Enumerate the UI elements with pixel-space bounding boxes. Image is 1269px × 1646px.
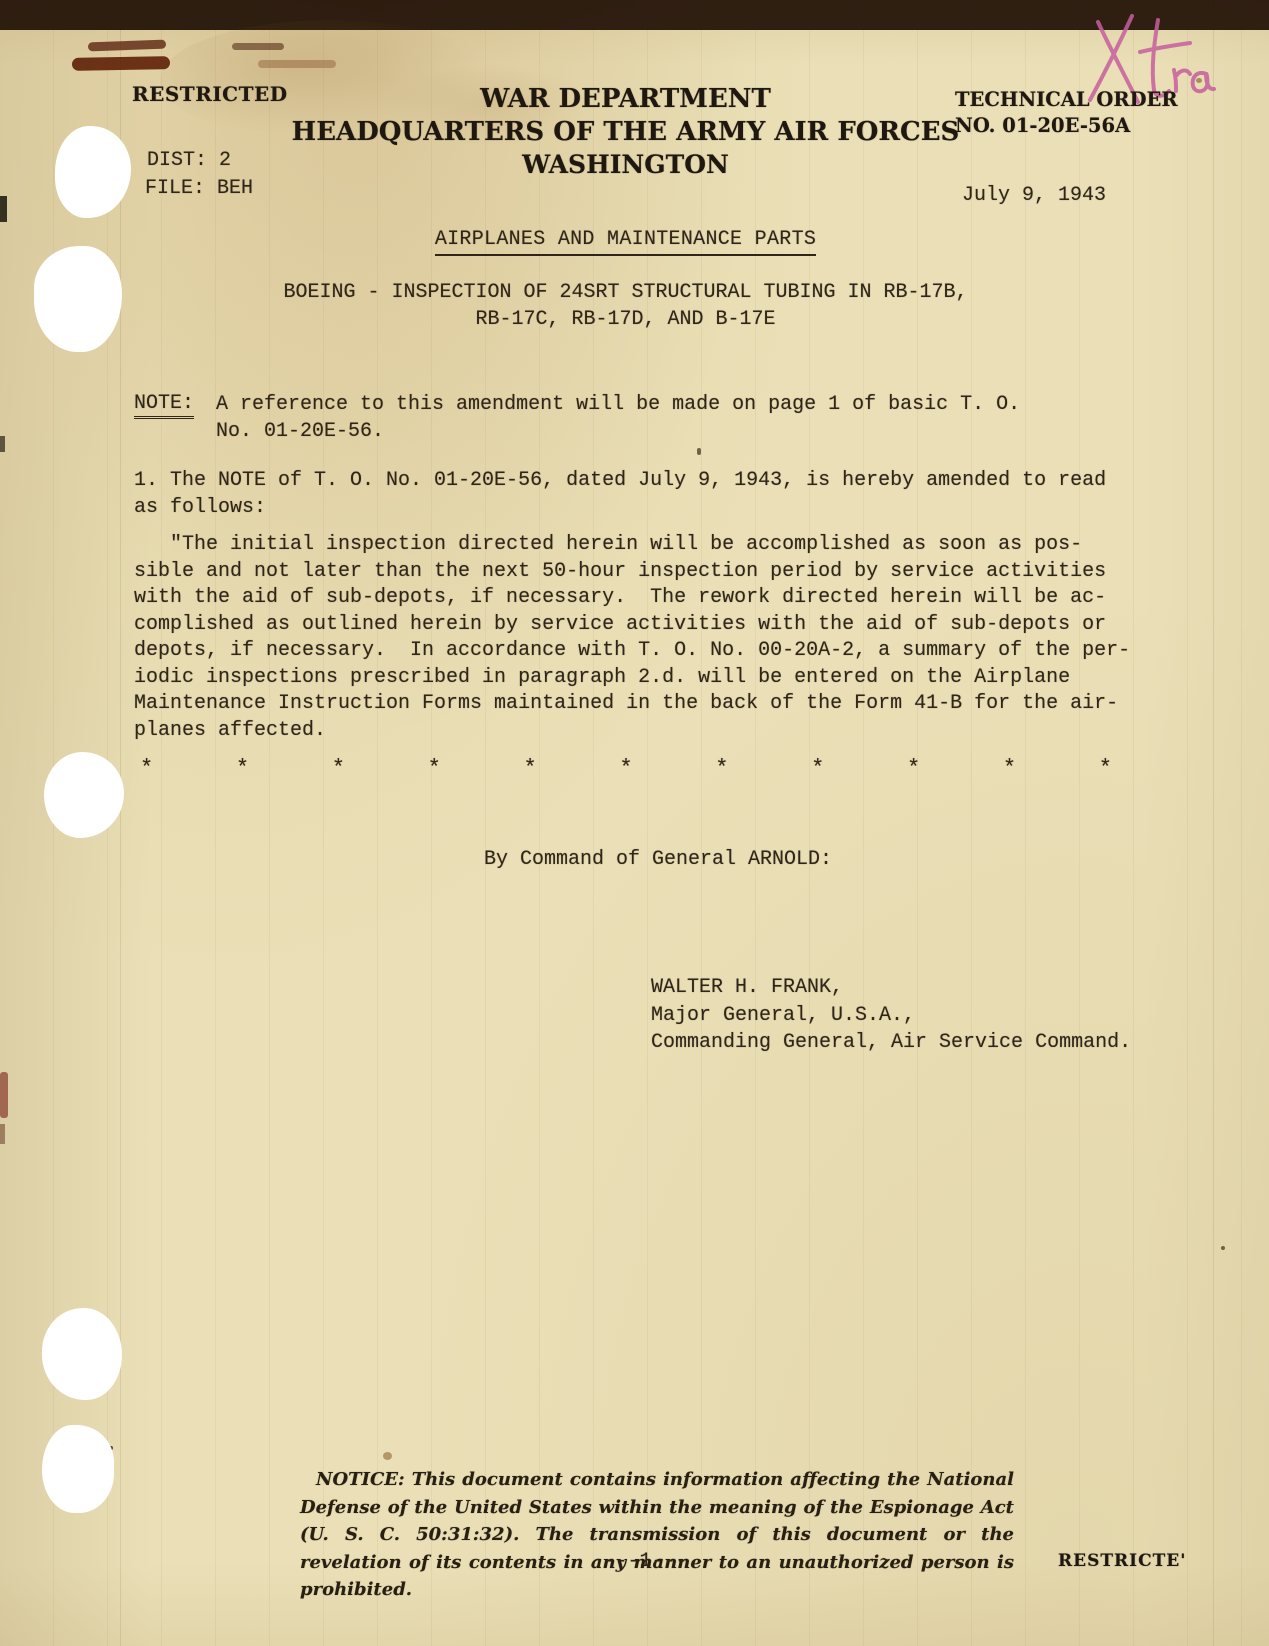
edge-mark	[0, 1072, 8, 1118]
note-label: NOTE:	[134, 392, 194, 419]
paragraph-amendment: 1. The NOTE of T. O. No. 01-20E-56, date…	[134, 468, 1144, 521]
marker-stain	[72, 56, 170, 71]
security-notice: NOTICE: This document contains informati…	[300, 1466, 1014, 1604]
command-line: By Command of General ARNOLD:	[484, 848, 832, 871]
header-date: July 9, 1943	[962, 184, 1106, 207]
paragraph-inspection: "The initial inspection directed herein …	[134, 532, 1154, 744]
edge-mark	[0, 196, 7, 222]
marker-stain	[88, 40, 166, 52]
asterisk: *	[236, 756, 249, 781]
punch-hole	[42, 1308, 122, 1400]
note-text: A reference to this amendment will be ma…	[216, 392, 1020, 445]
asterisk: *	[140, 756, 153, 781]
asterisk-separator: ***********	[140, 756, 1112, 781]
speck	[1221, 1246, 1225, 1250]
speck	[383, 1452, 392, 1460]
section-title: AIRPLANES AND MAINTENANCE PARTS	[435, 228, 816, 256]
asterisk: *	[715, 756, 728, 781]
header-file: FILE: BEH	[145, 177, 253, 200]
signature-block: WALTER H. FRANK, Major General, U.S.A., …	[651, 974, 1131, 1057]
footer-classification: RESTRICTE'	[1058, 1551, 1186, 1571]
edge-mark	[0, 436, 5, 452]
technical-order-number: NO. 01-20E-56A	[955, 114, 1178, 137]
subject-line-2: RB-17C, RB-17D, AND B-17E	[0, 308, 1251, 331]
subject-line-1: BOEING - INSPECTION OF 24SRT STRUCTURAL …	[0, 281, 1251, 304]
punch-hole	[44, 752, 124, 838]
asterisk: *	[524, 756, 537, 781]
header-city: WASHINGTON	[0, 150, 1251, 179]
asterisk: *	[1099, 756, 1112, 781]
marker-stain	[232, 43, 284, 50]
asterisk: *	[619, 756, 632, 781]
asterisk: *	[1003, 756, 1016, 781]
marker-stain	[258, 60, 336, 68]
asterisk: *	[428, 756, 441, 781]
technical-order-label: TECHNICAL ORDER	[955, 88, 1178, 111]
speck	[697, 448, 701, 455]
asterisk: *	[907, 756, 920, 781]
asterisk: *	[332, 756, 345, 781]
speck	[109, 1446, 113, 1450]
scanned-document-page: RESTRICTED DIST: 2 FILE: BEH WAR DEPARTM…	[0, 0, 1269, 1646]
speck	[1196, 78, 1202, 83]
asterisk: *	[811, 756, 824, 781]
scan-top-edge	[0, 0, 1269, 30]
punch-hole	[42, 1425, 114, 1513]
edge-mark	[0, 1124, 5, 1144]
